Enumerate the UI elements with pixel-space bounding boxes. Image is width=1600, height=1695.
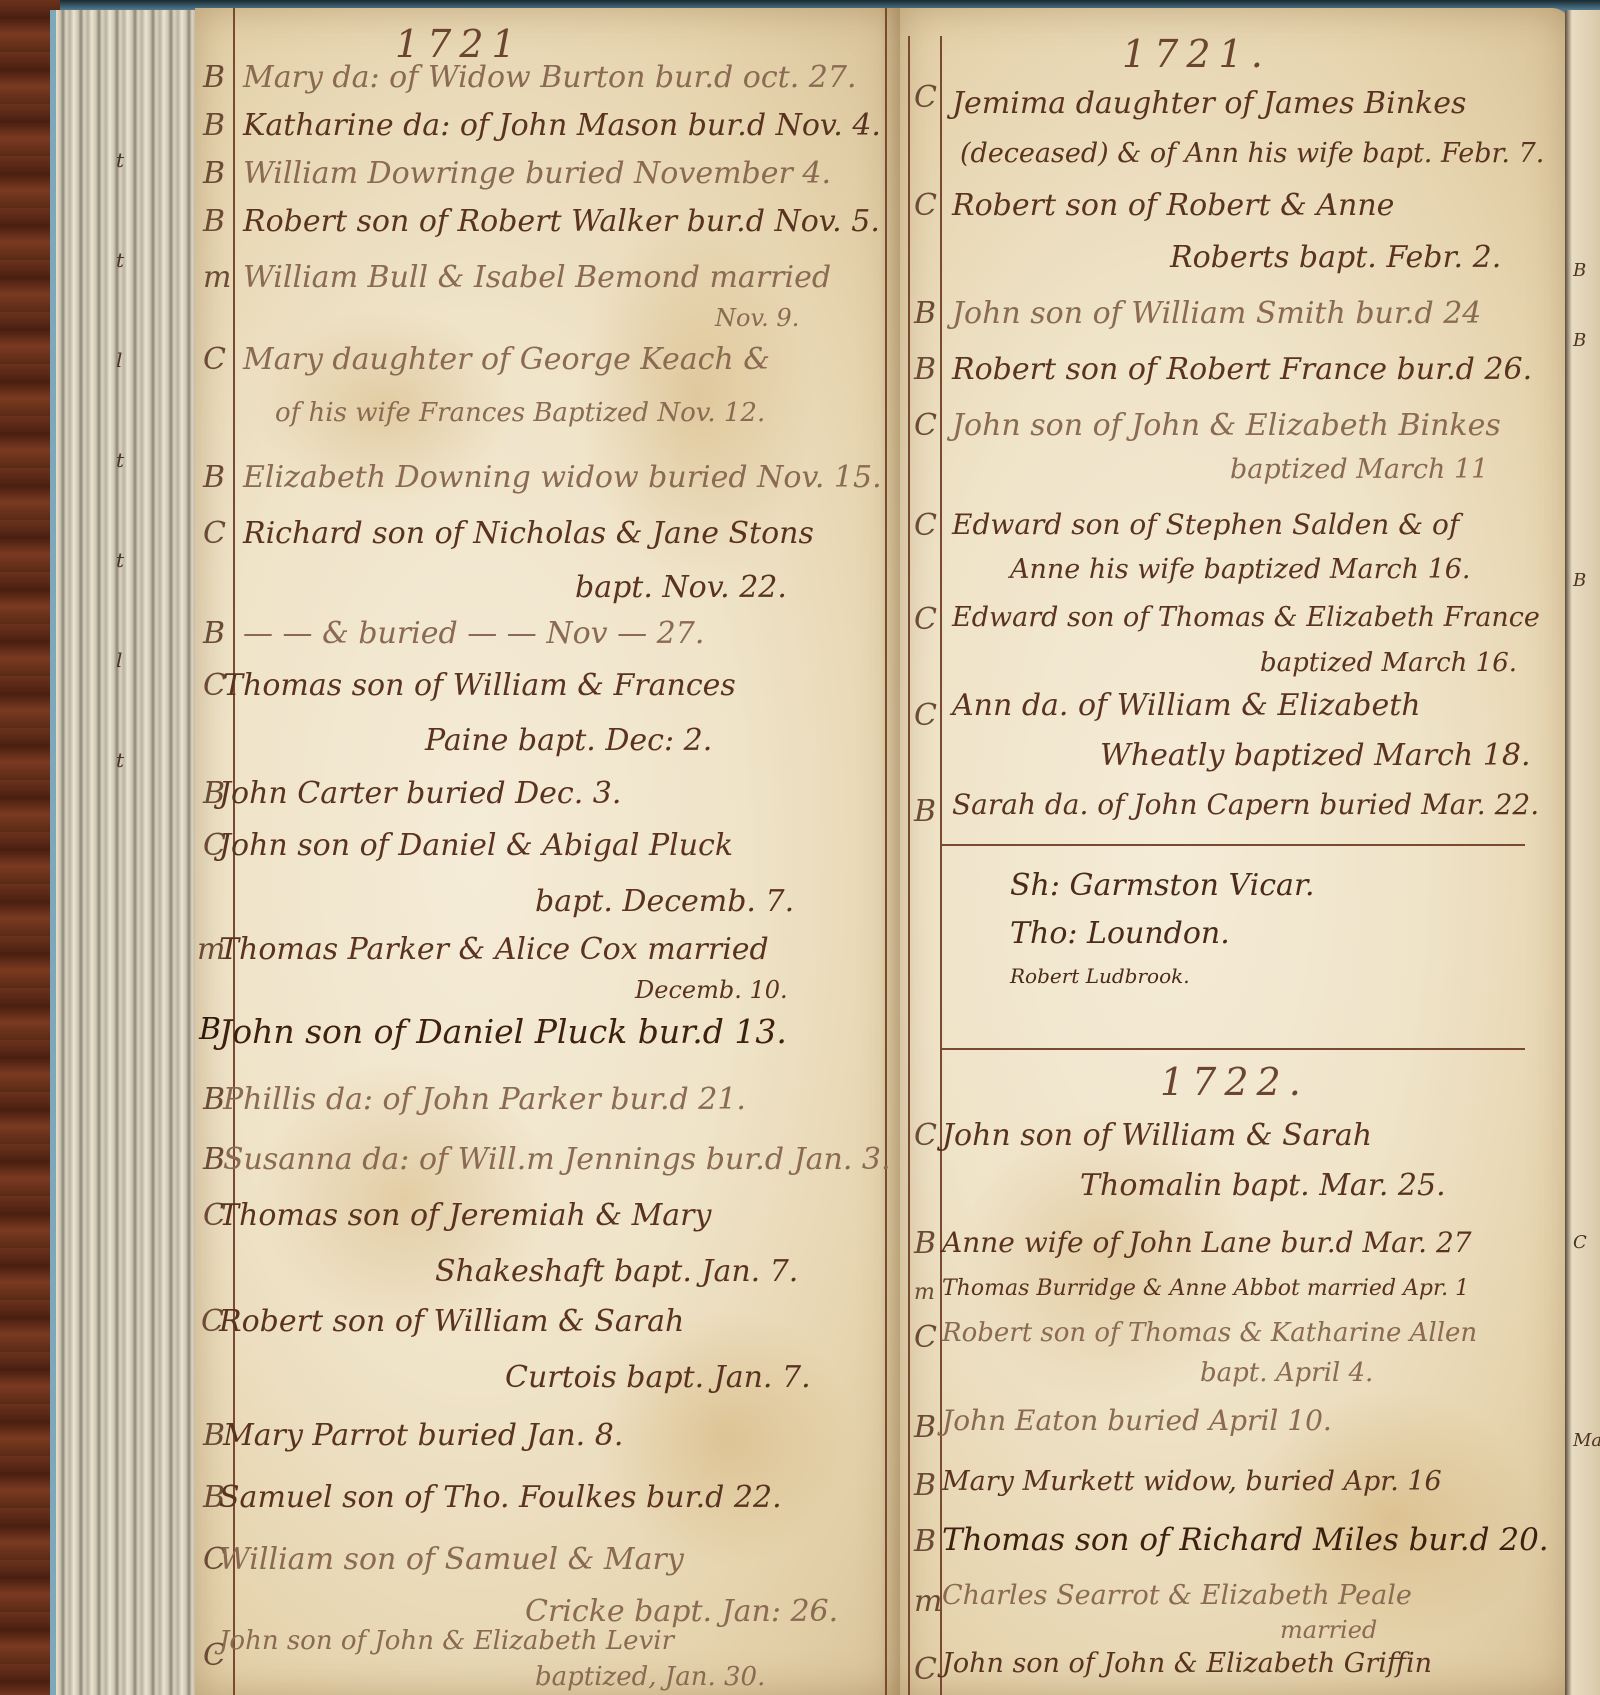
next-page-mark: B xyxy=(1573,330,1586,351)
entry-type-code: B xyxy=(914,1410,936,1445)
entry-line: Anne his wife baptized March 16. xyxy=(1010,554,1471,585)
entry-line: baptized March 11 xyxy=(1230,454,1488,485)
fore-edge-mark: t xyxy=(116,510,156,610)
entry-type-code: B xyxy=(914,296,936,331)
entry-type-code: B xyxy=(199,1012,221,1047)
year-heading: 1721. xyxy=(1122,32,1271,76)
entry-line: William Bull & Isabel Bemond married xyxy=(243,260,831,295)
entry-type-code: C xyxy=(914,1320,937,1355)
entry-line: Jemima daughter of James Binkes xyxy=(952,86,1466,121)
next-page-mark: C xyxy=(1573,1232,1587,1253)
entry-type-code: B xyxy=(914,1226,936,1261)
entry-type-code: C xyxy=(203,516,226,551)
entry-type-code: C xyxy=(203,342,226,377)
entry-line: Thomalin bapt. Mar. 25. xyxy=(1080,1168,1446,1203)
entry-type-code: B xyxy=(203,108,225,143)
entry-line: John son of Daniel & Abigal Pluck xyxy=(219,828,733,863)
entry-line: John son of William Smith bur.d 24 xyxy=(952,296,1481,331)
entry-type-code: B xyxy=(203,60,225,95)
entry-line: baptized, Jan. 30. xyxy=(535,1662,765,1692)
vicar-signature: Sh: Garmston Vicar. xyxy=(1010,868,1315,903)
entry-line: Wheatly baptized March 18. xyxy=(1100,738,1531,773)
section-divider xyxy=(940,1048,1525,1050)
entry-type-code: B xyxy=(203,616,225,651)
entry-type-code: B xyxy=(203,1082,225,1117)
entry-line: Elizabeth Downing widow buried Nov. 15. xyxy=(243,460,882,495)
entry-line: Mary daughter of George Keach & xyxy=(243,342,770,377)
entry-line: bapt. Decemb. 7. xyxy=(535,884,794,919)
entry-line: Roberts bapt. Febr. 2. xyxy=(1170,240,1501,275)
entry-line: Sarah da. of John Capern buried Mar. 22. xyxy=(952,788,1539,821)
entry-type-code: m xyxy=(914,1280,935,1305)
entry-type-code: C xyxy=(914,602,937,637)
entry-line: baptized March 16. xyxy=(1260,648,1517,678)
entry-line: William son of Samuel & Mary xyxy=(219,1542,684,1577)
next-page-mark: B xyxy=(1573,570,1586,591)
book-fore-edge: t t l t t l t xyxy=(50,10,206,1695)
entry-line: Thomas son of William & Frances xyxy=(223,668,736,703)
entry-type-code: B xyxy=(203,204,225,239)
entry-type-code: B xyxy=(914,1524,936,1559)
entry-line: Nov. 9. xyxy=(715,304,799,332)
entry-line: Thomas son of Richard Miles bur.d 20. xyxy=(942,1522,1549,1558)
entry-line: Robert son of William & Sarah xyxy=(219,1304,684,1339)
entry-line: John son of John & Elizabeth Griffin xyxy=(942,1648,1432,1679)
entry-line: Edward son of Stephen Salden & of xyxy=(952,508,1459,541)
fore-edge-mark: t xyxy=(116,410,156,510)
entry-line: (deceased) & of Ann his wife bapt. Febr.… xyxy=(960,138,1544,169)
entry-line: bapt. April 4. xyxy=(1200,1358,1373,1388)
entry-line: Thomas Burridge & Anne Abbot married Apr… xyxy=(942,1276,1469,1301)
code-column-rule-left xyxy=(908,36,910,1695)
entry-type-code: C xyxy=(914,80,937,115)
entry-line: Paine bapt. Dec: 2. xyxy=(425,723,712,758)
entry-line: Charles Searrot & Elizabeth Peale xyxy=(942,1580,1412,1611)
entry-line: Thomas Parker & Alice Cox married xyxy=(219,932,769,967)
entry-line: John son of Daniel Pluck bur.d 13. xyxy=(219,1012,787,1051)
entry-line: Robert son of Robert Walker bur.d Nov. 5… xyxy=(243,204,880,239)
entry-line: Samuel son of Tho. Foulkes bur.d 22. xyxy=(219,1480,782,1515)
entry-line: John son of John & Elizabeth Binkes xyxy=(952,408,1501,443)
fore-edge-marks: t t l t t l t xyxy=(116,110,156,810)
entry-line: married xyxy=(1280,1616,1377,1644)
entry-line: John son of John & Elizabeth Levir xyxy=(219,1626,674,1656)
entry-line: Anne wife of John Lane bur.d Mar. 27 xyxy=(942,1226,1472,1259)
entry-type-code: B xyxy=(203,156,225,191)
fore-edge-mark: t xyxy=(116,710,156,810)
entry-line: Richard son of Nicholas & Jane Stons xyxy=(243,516,814,551)
right-page: 1721. C Jemima daughter of James Binkes … xyxy=(900,8,1570,1695)
fore-edge-mark: l xyxy=(116,610,156,710)
entry-line: — — & buried — — Nov — 27. xyxy=(243,616,704,651)
entry-line: Susanna da: of Will.m Jennings bur.d Jan… xyxy=(223,1142,891,1177)
entry-line: bapt. Nov. 22. xyxy=(575,570,787,605)
entry-type-code: C xyxy=(914,508,937,543)
entry-type-code: B xyxy=(914,1468,936,1503)
code-column-rule-right xyxy=(940,36,942,1695)
left-page: 1721 B Mary da: of Widow Burton bur.d oc… xyxy=(195,8,900,1695)
section-divider xyxy=(940,844,1525,846)
entry-type-code: m xyxy=(914,1584,942,1619)
entry-line: John son of William & Sarah xyxy=(942,1118,1372,1153)
entry-line: of his wife Frances Baptized Nov. 12. xyxy=(275,398,765,428)
entry-line: William Dowringe buried November 4. xyxy=(243,156,831,191)
entry-type-code: C xyxy=(914,188,937,223)
entry-line: Edward son of Thomas & Elizabeth France xyxy=(952,602,1540,633)
entry-line: Robert son of Thomas & Katharine Allen xyxy=(942,1318,1477,1348)
entry-line: Cricke bapt. Jan: 26. xyxy=(525,1594,838,1629)
entry-type-code: C xyxy=(914,408,937,443)
entry-line: Thomas son of Jeremiah & Mary xyxy=(219,1198,711,1233)
entry-line: Decemb. 10. xyxy=(635,976,788,1004)
entry-line: Katharine da: of John Mason bur.d Nov. 4… xyxy=(243,108,881,143)
entry-type-code: B xyxy=(914,794,936,829)
entry-type-code: B xyxy=(203,1142,225,1177)
year-heading-1722: 1722. xyxy=(1160,1060,1309,1104)
next-page-mark: B xyxy=(1573,260,1586,281)
entry-type-code: C xyxy=(914,1652,937,1687)
warden-signature: Tho: Loundon. xyxy=(1010,916,1230,951)
entry-line: John Carter buried Dec. 3. xyxy=(219,776,621,811)
entry-line: Robert son of Robert & Anne xyxy=(952,188,1394,223)
entry-line: Curtois bapt. Jan. 7. xyxy=(505,1360,811,1395)
entry-line: Mary Parrot buried Jan. 8. xyxy=(223,1418,623,1453)
entry-type-code: C xyxy=(914,1118,937,1153)
entry-type-code: B xyxy=(914,352,936,387)
entry-line: Mary Murkett widow, buried Apr. 16 xyxy=(942,1466,1442,1497)
entry-type-code: C xyxy=(914,698,937,733)
entry-type-code: B xyxy=(203,1418,225,1453)
entry-line: John Eaton buried April 10. xyxy=(942,1404,1332,1437)
entry-line: Shakeshaft bapt. Jan. 7. xyxy=(435,1254,798,1289)
fore-edge-mark: t xyxy=(116,210,156,310)
entry-line: Robert son of Robert France bur.d 26. xyxy=(952,352,1532,387)
fore-edge-mark: l xyxy=(116,310,156,410)
next-page-edge: B B B C Ma xyxy=(1565,10,1600,1695)
next-page-mark: Ma xyxy=(1573,1430,1600,1451)
fore-edge-mark: t xyxy=(116,110,156,210)
stain xyxy=(595,1308,855,1568)
entry-line: Phillis da: of John Parker bur.d 21. xyxy=(223,1082,746,1117)
warden-signature: Robert Ludbrook. xyxy=(1010,964,1190,988)
entry-line: Ann da. of William & Elizabeth xyxy=(952,688,1421,723)
entry-line: Mary da: of Widow Burton bur.d oct. 27. xyxy=(243,60,856,95)
entry-type-code: m xyxy=(203,260,231,295)
entry-type-code: B xyxy=(203,460,225,495)
